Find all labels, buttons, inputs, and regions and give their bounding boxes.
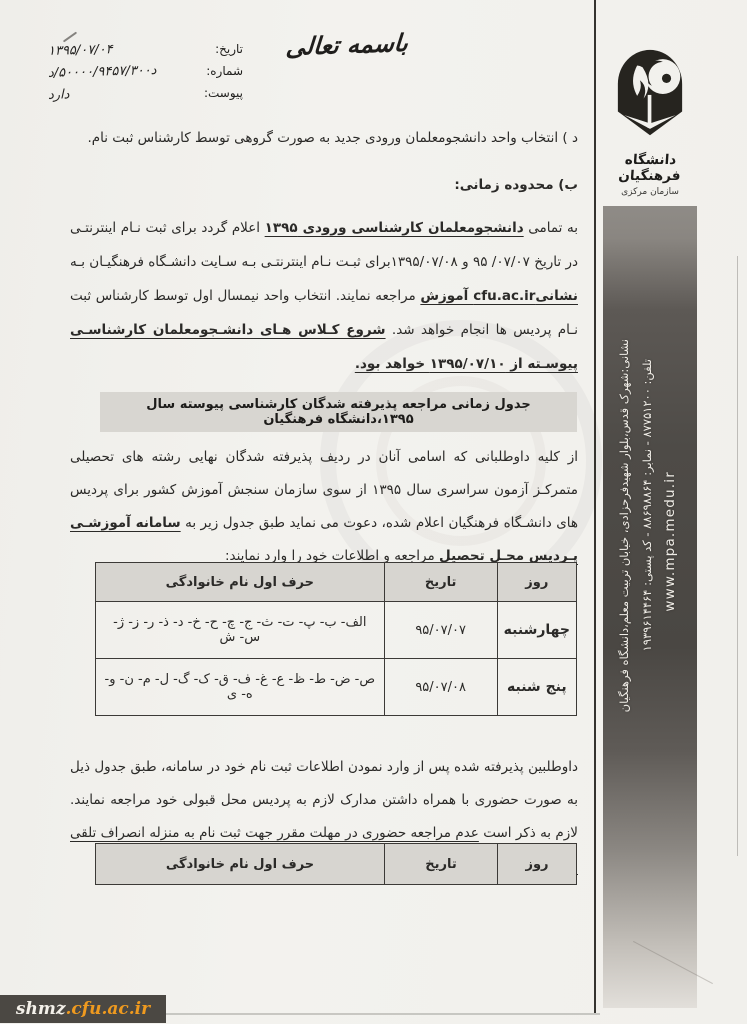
scanned-letter-page: باسمه تعالی تاریخ: ۱۳۹۵/۰۷/۰۴ شماره: د/۵…	[0, 0, 747, 1024]
meta-date-value: ۱۳۹۵/۰۷/۰۴	[48, 40, 191, 59]
watermark-prefix: shmz	[16, 999, 66, 1019]
sidebar-divider-line	[594, 0, 596, 1013]
sidebar-phone: تلفن: ۸۷۷۵۱۲۰۰ - نمابر: ۸۸۶۹۸۸۶۴ - کد پس…	[636, 221, 659, 1001]
meta-number-label: شماره:	[191, 64, 243, 78]
logo-university-name: دانشگاه فرهنگیان	[595, 152, 705, 184]
watermark-suffix: .cfu.ac.ir	[66, 999, 151, 1019]
header-cell-date: تاریخ	[384, 563, 497, 602]
scan-edge-line	[737, 256, 738, 856]
meta-number-value: د/۵۰۰۰۰/۹۴۵۷/۳۰۰د	[48, 62, 191, 81]
sidebar-website: www.mpa.medu.ir	[659, 221, 682, 1001]
clause-d-line: د ) انتخاب واحد دانشجومعلمان ورودی جدید …	[70, 130, 578, 146]
header-cell-letters: حرف اول نام خانوادگی	[96, 563, 385, 602]
section-b-heading: ب) محدوده زمانی:	[70, 177, 578, 193]
date-cell: ۹۵/۰۷/۰۸	[384, 659, 497, 716]
meta-date-label: تاریخ:	[191, 42, 243, 56]
letter-meta-block: تاریخ: ۱۳۹۵/۰۷/۰۴ شماره: د/۵۰۰۰۰/۹۴۵۷/۳۰…	[48, 42, 243, 108]
meta-number-row: شماره: د/۵۰۰۰۰/۹۴۵۷/۳۰۰د	[48, 64, 243, 79]
meta-attachment-value: دارد	[48, 84, 191, 103]
schedule-table-heading: جدول زمانی مراجعه پذیرفته شدگان کارشناسی…	[100, 392, 577, 432]
letters-cell: الف- ب- پ- ت- ث- ج- چ- ح- خ- د- ذ- ر- ز-…	[96, 602, 385, 659]
table-row: چهارشنبه ۹۵/۰۷/۰۷ الف- ب- پ- ت- ث- ج- چ-…	[96, 602, 577, 659]
text-segment: آموزش	[420, 288, 473, 304]
university-logo-icon	[604, 38, 696, 150]
schedule-table: روز تاریخ حرف اول نام خانوادگی چهارشنبه …	[95, 562, 577, 716]
address-rotated-text: نشانی:شهرک قدس،بلوار شهیدفرحزادی، خیابان…	[613, 221, 687, 1001]
besmele-calligraphy: باسمه تعالی	[261, 27, 433, 62]
header-cell-day: روز	[498, 844, 577, 885]
text-segment: به تمامی	[524, 220, 578, 236]
table-row: پنج شنبه ۹۵/۰۷/۰۸ ص- ض- ط- ظ- ع- غ- ف- ق…	[96, 659, 577, 716]
schedule-table-header-row: روز تاریخ حرف اول نام خانوادگی	[96, 844, 577, 885]
text-segment: دانشجومعلمان کارشناسی ورودی ۱۳۹۵	[265, 220, 524, 236]
paragraph-invitation: از کلیه داوطلبانی که اسامی آنان در ردیف …	[70, 441, 578, 573]
letters-cell: ص- ض- ط- ظ- ع- غ- ف- ق- ک- گ- ل- م- ن- و…	[96, 659, 385, 716]
header-cell-date: تاریخ	[385, 844, 498, 885]
schedule-table-header-row: روز تاریخ حرف اول نام خانوادگی	[96, 563, 577, 602]
text-segment: cfu.ac.ir	[473, 288, 535, 304]
header-cell-letters: حرف اول نام خانوادگی	[96, 844, 385, 885]
meta-attachment-label: پیوست:	[191, 86, 243, 100]
site-watermark: shmz.cfu.ac.ir	[0, 995, 166, 1023]
meta-attachment-row: پیوست: دارد	[48, 86, 243, 101]
pen-scribble-mark	[63, 32, 77, 43]
day-cell: پنج شنبه	[497, 659, 576, 716]
text-segment: نشانی	[535, 288, 578, 304]
letterhead-logo-block: دانشگاه فرهنگیان سازمان مرکزی	[596, 38, 704, 197]
second-schedule-table: روز تاریخ حرف اول نام خانوادگی	[95, 843, 577, 885]
paragraph-timeframe: به تمامی دانشجومعلمان کارشناسی ورودی ۱۳۹…	[70, 211, 578, 381]
day-cell: چهارشنبه	[497, 602, 576, 659]
sidebar-address: نشانی:شهرک قدس،بلوار شهیدفرحزادی، خیابان…	[613, 221, 636, 1001]
header-cell-day: روز	[497, 563, 576, 602]
meta-date-row: تاریخ: ۱۳۹۵/۰۷/۰۴	[48, 42, 243, 57]
address-gradient-strip: نشانی:شهرک قدس،بلوار شهیدفرحزادی، خیابان…	[603, 206, 697, 1008]
logo-organization-name: سازمان مرکزی	[596, 187, 704, 197]
date-cell: ۹۵/۰۷/۰۷	[384, 602, 497, 659]
